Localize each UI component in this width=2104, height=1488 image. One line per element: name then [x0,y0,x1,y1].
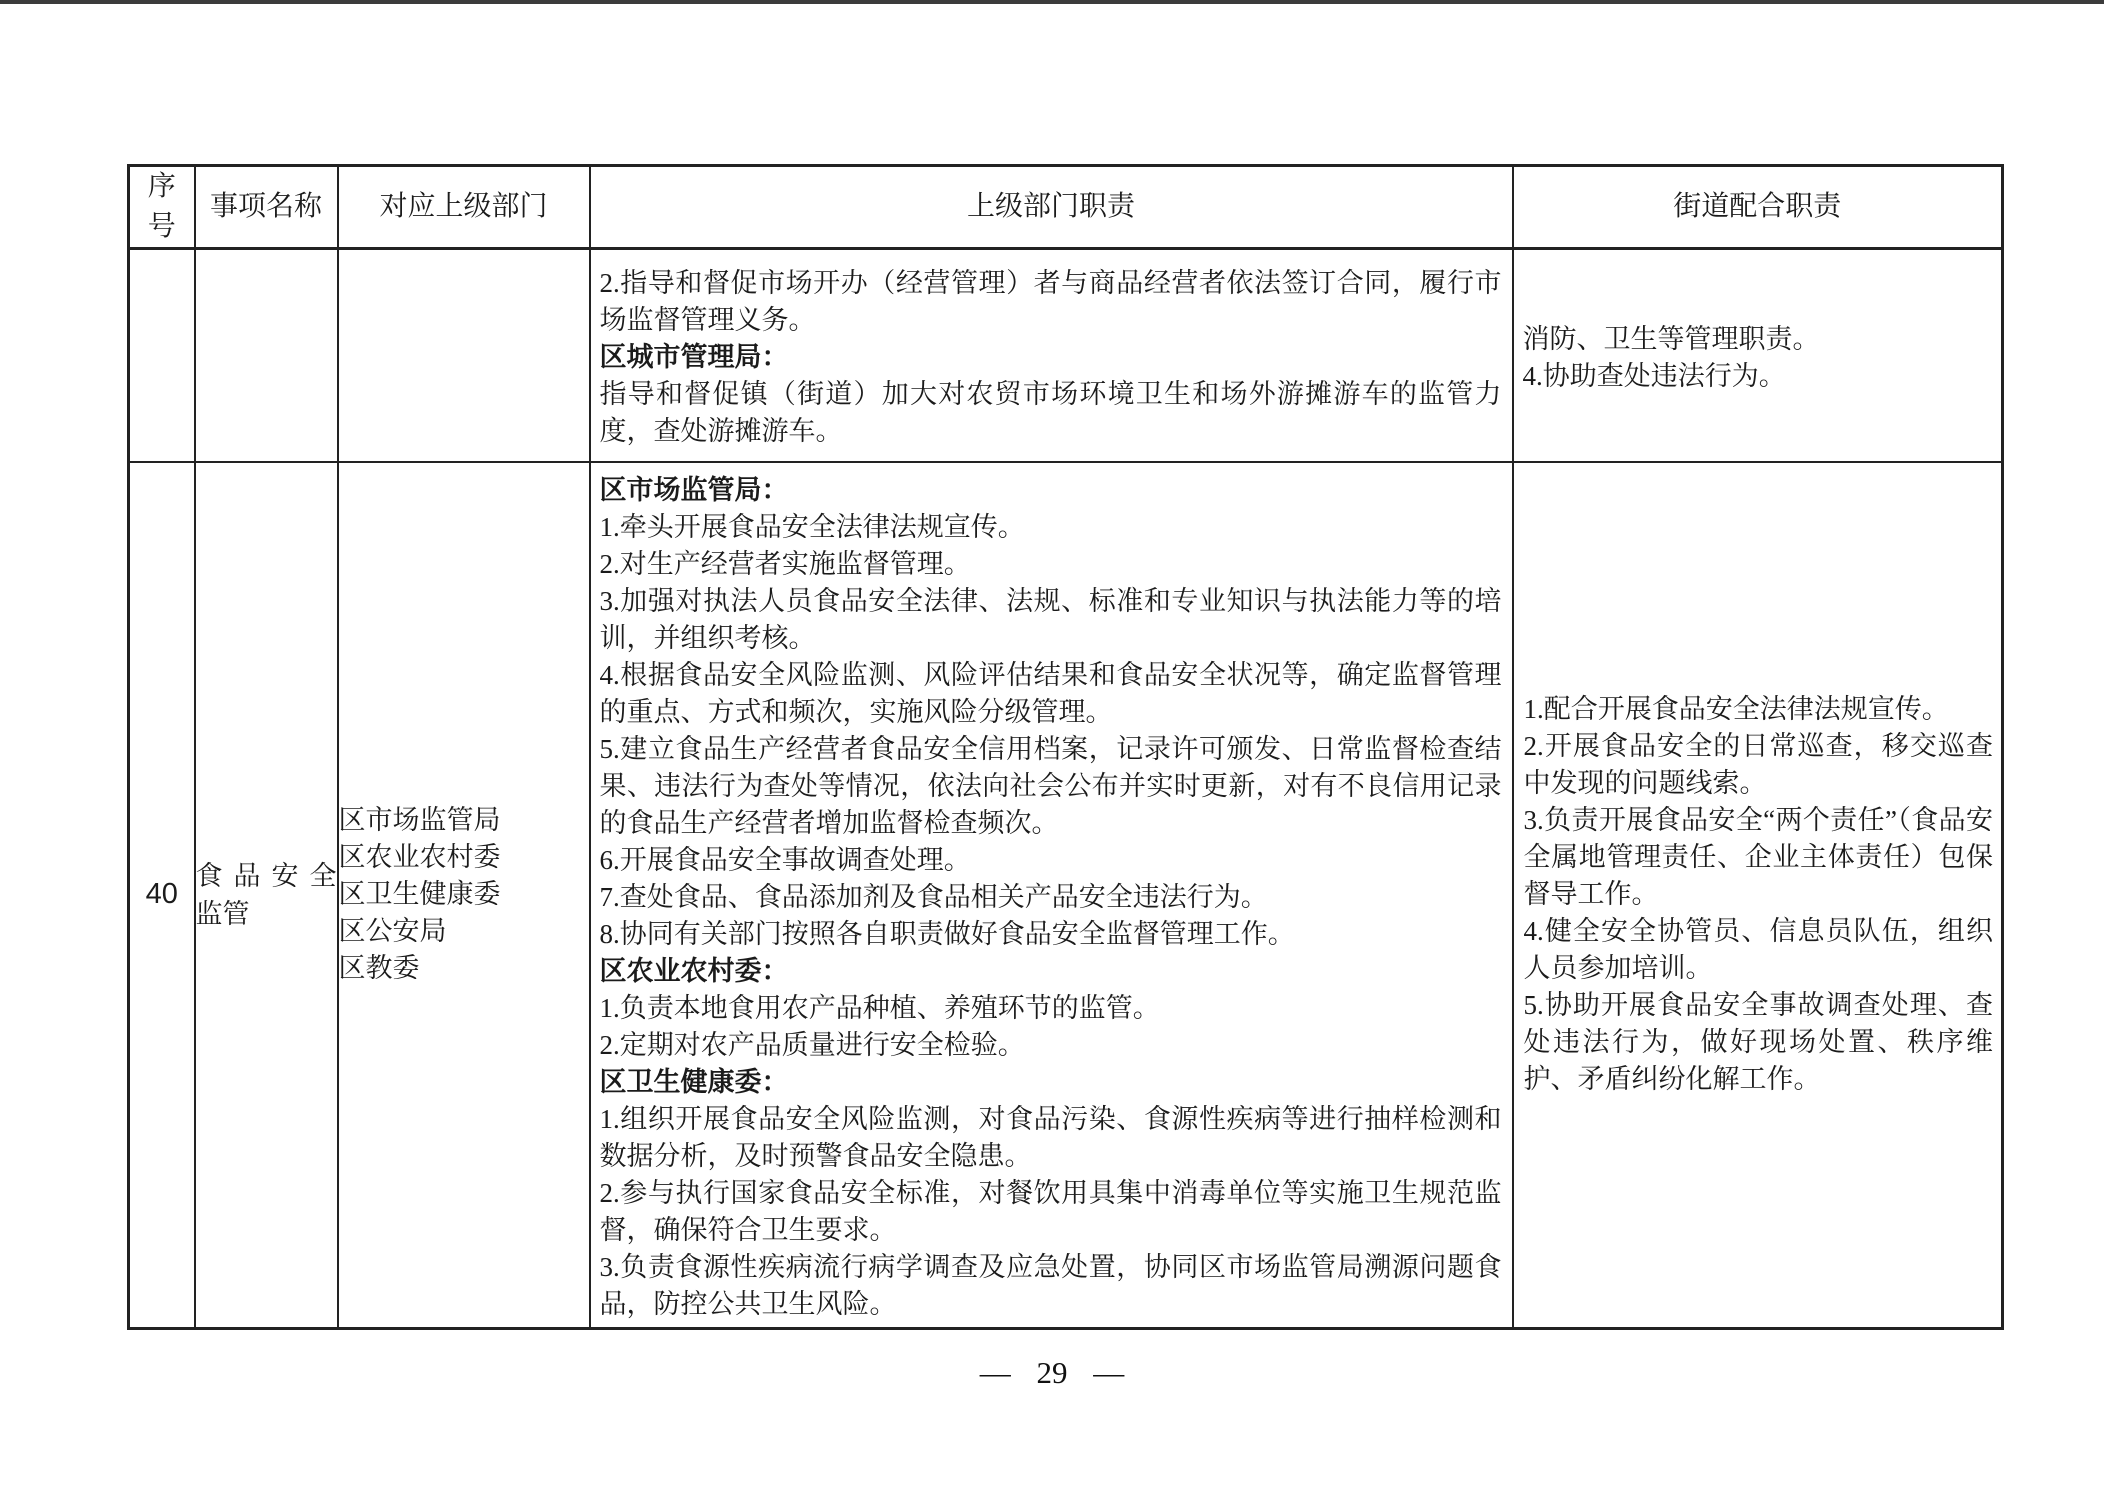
item-name-line: 食品安全 [196,857,337,895]
section-heading: 区农业农村委： [600,953,1502,990]
duty-paragraph: 3.加强对执法人员食品安全法律、法规、标准和专业知识与执法能力等的培训，并组织考… [600,583,1502,657]
duty-paragraph: 4.协助查处违法行为。 [1523,358,1992,395]
duty-paragraph: 1.负责本地食用农产品种植、养殖环节的监管。 [600,990,1502,1027]
department-name: 区教委 [339,950,589,987]
duty-paragraph: 5.协助开展食品安全事故调查处理、查处违法行为，做好现场处置、秩序维护、矛盾纠纷… [1524,987,1994,1098]
superior-duty-cell: 区市场监管局：1.牵头开展食品安全法律法规宣传。2.对生产经营者实施监督管理。3… [590,462,1513,1329]
superior-dept-cell: 区市场监管局区农业农村委区卫生健康委区公安局区教委 [338,462,590,1329]
page-number: — 29 — [0,1355,2104,1391]
department-name: 区农业农村委 [339,839,589,876]
seq-cell: 40 [129,462,195,1329]
street-duty-cell: 消防、卫生等管理职责。4.协助查处违法行为。 [1513,249,2003,462]
table-row-40: 40 食品安全监管 区市场监管局区农业农村委区卫生健康委区公安局区教委 区市场监… [129,462,2003,1329]
duty-paragraph: 6.开展食品安全事故调查处理。 [600,842,1502,879]
page-top-edge [0,0,2104,4]
department-name: 区公安局 [339,913,589,950]
section-heading: 区城市管理局： [600,339,1502,376]
duty-paragraph: 4.根据食品安全风险监测、风险评估结果和食品安全状况等，确定监督管理的重点、方式… [600,657,1502,731]
seq-cell [129,249,195,462]
superior-dept-cell [338,249,590,462]
item-name-cell [195,249,338,462]
column-header-superior-dept: 对应上级部门 [338,166,590,249]
duty-paragraph: 2.定期对农产品质量进行安全检验。 [600,1027,1502,1064]
duty-paragraph: 指导和督促镇（街道）加大对农贸市场环境卫生和场外游摊游车的监管力度，查处游摊游车… [600,376,1502,450]
duty-paragraph: 2.开展食品安全的日常巡查，移交巡查中发现的问题线索。 [1524,728,1994,802]
column-header-street-duty: 街道配合职责 [1513,166,2003,249]
department-name: 区卫生健康委 [339,876,589,913]
section-heading: 区市场监管局： [600,472,1502,509]
table-row-continuation: 2.指导和督促市场开办（经营管理）者与商品经营者依法签订合同，履行市场监督管理义… [129,249,2003,462]
column-header-seq: 序号 [129,166,195,249]
document-page: 序号 事项名称 对应上级部门 上级部门职责 街道配合职责 2.指导和督促市场开办… [0,0,2104,1488]
duty-paragraph: 3.负责食源性疾病流行病学调查及应急处置，协同区市场监管局溯源问题食品，防控公共… [600,1249,1502,1323]
duty-paragraph: 2.指导和督促市场开办（经营管理）者与商品经营者依法签订合同，履行市场监督管理义… [600,265,1502,339]
superior-duty-cell: 2.指导和督促市场开办（经营管理）者与商品经营者依法签订合同，履行市场监督管理义… [590,249,1513,462]
header-row: 序号 事项名称 对应上级部门 上级部门职责 街道配合职责 [129,166,2003,249]
section-heading: 区卫生健康委： [600,1064,1502,1101]
duty-paragraph: 消防、卫生等管理职责。 [1523,321,1992,358]
duty-paragraph: 1.组织开展食品安全风险监测，对食品污染、食源性疾病等进行抽样检测和数据分析，及… [600,1101,1502,1175]
duty-paragraph: 2.对生产经营者实施监督管理。 [600,546,1502,583]
duty-paragraph: 3.负责开展食品安全“两个责任”（食品安全属地管理责任、企业主体责任）包保督导工… [1524,802,1994,913]
duty-paragraph: 5.建立食品生产经营者食品安全信用档案，记录许可颁发、日常监督检查结果、违法行为… [600,731,1502,842]
responsibility-table: 序号 事项名称 对应上级部门 上级部门职责 街道配合职责 2.指导和督促市场开办… [127,164,2004,1330]
duty-paragraph: 1.牵头开展食品安全法律法规宣传。 [600,509,1502,546]
street-duty-cell: 1.配合开展食品安全法律法规宣传。2.开展食品安全的日常巡查，移交巡查中发现的问… [1513,462,2003,1329]
duty-paragraph: 7.查处食品、食品添加剂及食品相关产品安全违法行为。 [600,879,1502,916]
column-header-item: 事项名称 [195,166,338,249]
item-name-line: 监管 [196,895,337,933]
duty-paragraph: 1.配合开展食品安全法律法规宣传。 [1524,691,1994,728]
duty-paragraph: 2.参与执行国家食品安全标准，对餐饮用具集中消毒单位等实施卫生规范监督，确保符合… [600,1175,1502,1249]
duty-paragraph: 8.协同有关部门按照各自职责做好食品安全监督管理工作。 [600,916,1502,953]
department-name: 区市场监管局 [339,802,589,839]
item-name-cell: 食品安全监管 [195,462,338,1329]
column-header-superior-duty: 上级部门职责 [590,166,1513,249]
duty-paragraph: 4.健全安全协管员、信息员队伍，组织人员参加培训。 [1524,913,1994,987]
column-header-seq-label: 序号 [146,167,177,247]
